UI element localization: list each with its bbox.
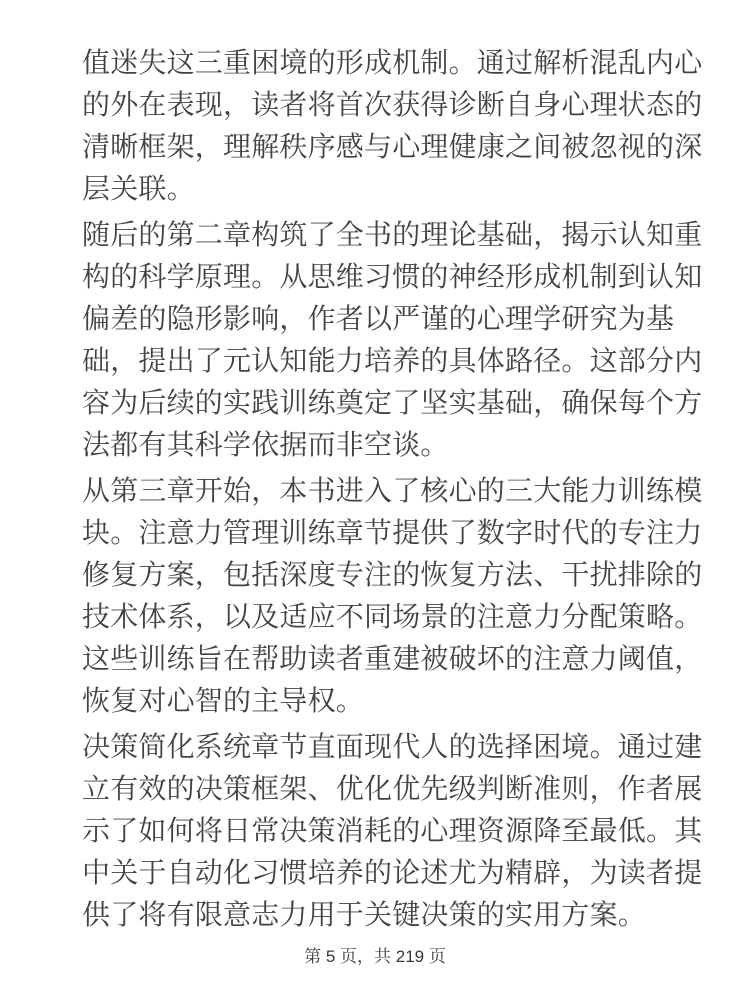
body-paragraph-1: 值迷失这三重困境的形成机制。通过解析混乱内心的外在表现，读者将首次获得诊断自身心… xyxy=(82,42,709,210)
page-indicator: 第 5 页，共 219 页 xyxy=(304,947,446,966)
page-content: 值迷失这三重困境的形成机制。通过解析混乱内心的外在表现，读者将首次获得诊断自身心… xyxy=(82,42,709,940)
body-paragraph-2: 随后的第二章构筑了全书的理论基础，揭示认知重构的科学原理。从思维习惯的神经形成机… xyxy=(82,214,709,466)
body-paragraph-3: 从第三章开始，本书进入了核心的三大能力训练模块。注意力管理训练章节提供了数字时代… xyxy=(82,470,709,722)
document-page: 值迷失这三重困境的形成机制。通过解析混乱内心的外在表现，读者将首次获得诊断自身心… xyxy=(0,0,750,1000)
ebook-reader-page: { "page": { "paragraphs": [ "值迷失这三重困境的形成… xyxy=(0,0,750,1000)
page-footer: 第 5 页，共 219 页 xyxy=(0,947,750,967)
body-paragraph-4: 决策简化系统章节直面现代人的选择困境。通过建立有效的决策框架、优化优先级判断准则… xyxy=(82,726,709,936)
